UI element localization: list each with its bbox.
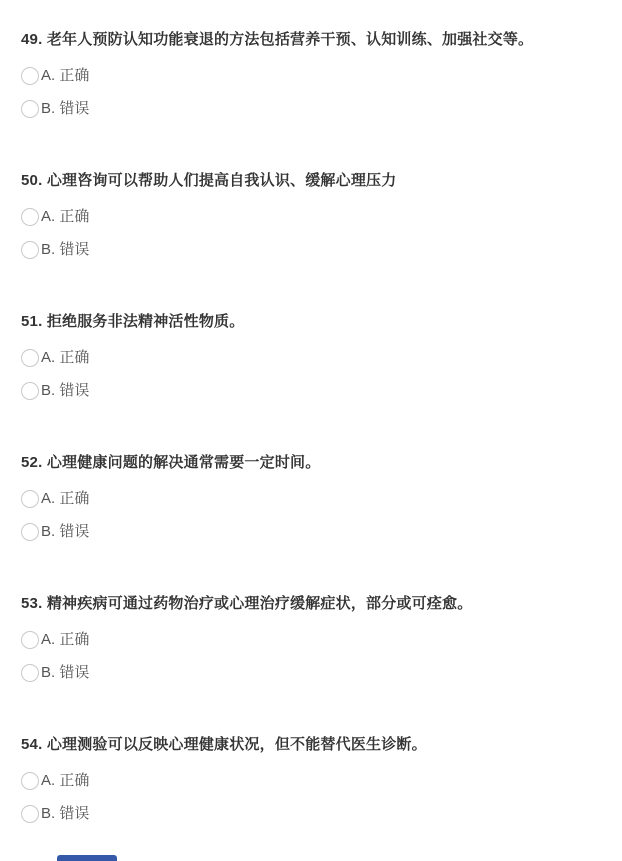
question-title: 50. 心理咨询可以帮助人们提高自我认识、缓解心理压力	[21, 171, 602, 191]
question-51: 51. 拒绝服务非法精神活性物质。 A. 正确 B. 错误	[21, 312, 602, 403]
radio-icon[interactable]	[21, 523, 39, 541]
radio-icon[interactable]	[21, 100, 39, 118]
question-51-option-a[interactable]: A. 正确	[21, 346, 602, 370]
option-label: B. 错误	[41, 97, 89, 121]
option-label: B. 错误	[41, 661, 89, 685]
question-49: 49. 老年人预防认知功能衰退的方法包括营养干预、认知训练、加强社交等。 A. …	[21, 30, 602, 121]
question-title: 49. 老年人预防认知功能衰退的方法包括营养干预、认知训练、加强社交等。	[21, 30, 602, 50]
radio-icon[interactable]	[21, 349, 39, 367]
survey-page: 49. 老年人预防认知功能衰退的方法包括营养干预、认知训练、加强社交等。 A. …	[0, 0, 622, 826]
question-title: 51. 拒绝服务非法精神活性物质。	[21, 312, 602, 332]
radio-icon[interactable]	[21, 208, 39, 226]
option-label: A. 正确	[41, 205, 89, 229]
question-52-option-a[interactable]: A. 正确	[21, 487, 602, 511]
question-title: 54. 心理测验可以反映心理健康状况，但不能替代医生诊断。	[21, 735, 602, 755]
option-label: B. 错误	[41, 379, 89, 403]
option-label: A. 正确	[41, 487, 89, 511]
radio-icon[interactable]	[21, 382, 39, 400]
option-label: B. 错误	[41, 802, 89, 826]
option-label: B. 错误	[41, 238, 89, 262]
question-52-option-b[interactable]: B. 错误	[21, 520, 602, 544]
question-49-option-b[interactable]: B. 错误	[21, 97, 602, 121]
option-label: B. 错误	[41, 520, 89, 544]
submit-button-cutoff[interactable]	[57, 855, 117, 861]
radio-icon[interactable]	[21, 772, 39, 790]
question-53: 53. 精神疾病可通过药物治疗或心理治疗缓解症状，部分或可痊愈。 A. 正确 B…	[21, 594, 602, 685]
question-52: 52. 心理健康问题的解决通常需要一定时间。 A. 正确 B. 错误	[21, 453, 602, 544]
question-54: 54. 心理测验可以反映心理健康状况，但不能替代医生诊断。 A. 正确 B. 错…	[21, 735, 602, 826]
question-51-option-b[interactable]: B. 错误	[21, 379, 602, 403]
option-label: A. 正确	[41, 346, 89, 370]
question-53-option-a[interactable]: A. 正确	[21, 628, 602, 652]
question-53-option-b[interactable]: B. 错误	[21, 661, 602, 685]
question-50-option-a[interactable]: A. 正确	[21, 205, 602, 229]
radio-icon[interactable]	[21, 67, 39, 85]
radio-icon[interactable]	[21, 631, 39, 649]
option-label: A. 正确	[41, 64, 89, 88]
question-50-option-b[interactable]: B. 错误	[21, 238, 602, 262]
radio-icon[interactable]	[21, 490, 39, 508]
radio-icon[interactable]	[21, 805, 39, 823]
option-label: A. 正确	[41, 628, 89, 652]
option-label: A. 正确	[41, 769, 89, 793]
question-title: 53. 精神疾病可通过药物治疗或心理治疗缓解症状，部分或可痊愈。	[21, 594, 602, 614]
question-54-option-b[interactable]: B. 错误	[21, 802, 602, 826]
question-49-option-a[interactable]: A. 正确	[21, 64, 602, 88]
question-50: 50. 心理咨询可以帮助人们提高自我认识、缓解心理压力 A. 正确 B. 错误	[21, 171, 602, 262]
radio-icon[interactable]	[21, 664, 39, 682]
question-54-option-a[interactable]: A. 正确	[21, 769, 602, 793]
radio-icon[interactable]	[21, 241, 39, 259]
question-title: 52. 心理健康问题的解决通常需要一定时间。	[21, 453, 602, 473]
